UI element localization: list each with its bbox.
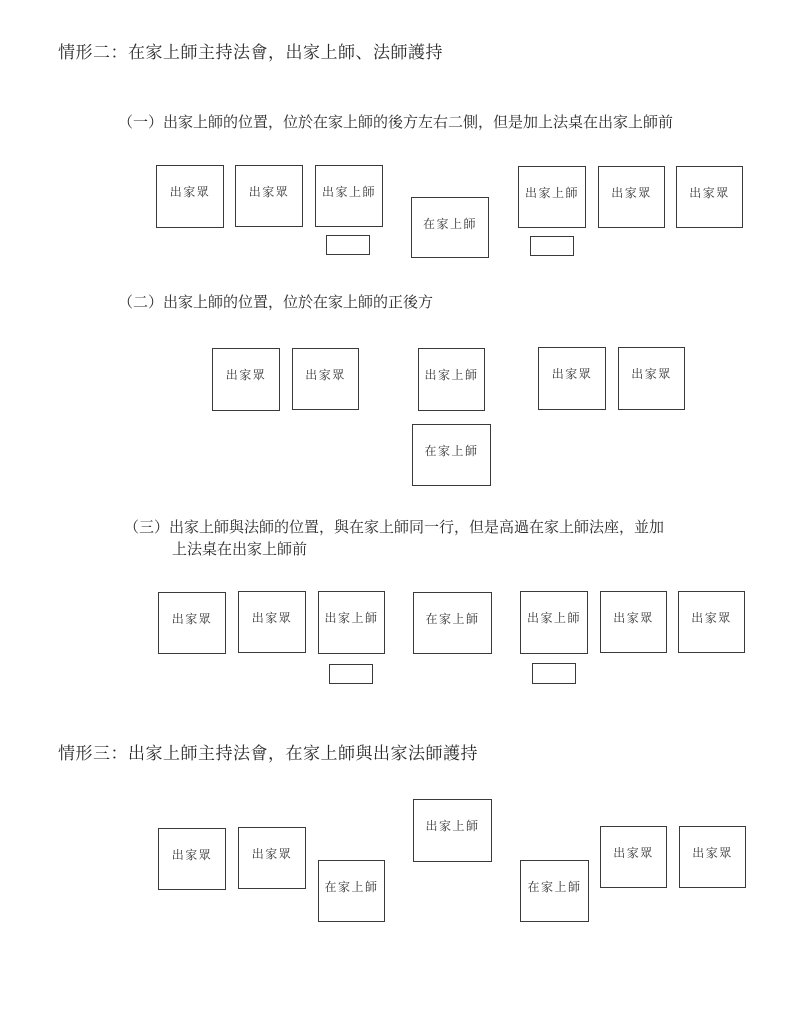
seat-box-monastic-assembly: 出家眾 (678, 591, 745, 653)
seat-box-lay-master: 在家上師 (413, 592, 492, 654)
seat-label: 出家眾 (239, 609, 305, 626)
seat-label: 出家眾 (236, 183, 302, 200)
seat-box-monastic-assembly: 出家眾 (238, 827, 306, 889)
layout3-caption-line2: 上法桌在出家上師前 (172, 538, 307, 560)
seat-box-monastic-assembly: 出家眾 (679, 826, 746, 888)
seat-label: 出家眾 (293, 366, 358, 383)
seat-box-monastic-assembly: 出家眾 (158, 828, 226, 890)
seat-label: 出家眾 (539, 365, 605, 382)
layout3-caption-line1: （三）出家上師與法師的位置，與在家上師同一行，但是高過在家上師法座，並加 (124, 516, 664, 538)
seat-label: 出家上師 (316, 183, 382, 200)
seat-box-monastic-assembly: 出家眾 (292, 348, 359, 410)
seat-box-monastic-assembly: 出家眾 (156, 165, 224, 228)
seat-label: 出家眾 (677, 184, 742, 201)
seat-label: 出家眾 (159, 610, 225, 627)
seat-label: 出家上師 (414, 817, 491, 834)
seat-box-monastic-assembly: 出家眾 (600, 591, 667, 653)
seat-box-monastic-assembly: 出家眾 (238, 591, 306, 653)
seat-label: 出家眾 (680, 844, 745, 861)
seat-box-monastic-assembly: 出家眾 (538, 347, 606, 410)
seat-label: 在家上師 (414, 610, 491, 627)
seat-box-monastic-master: 出家上師 (518, 166, 586, 228)
seat-label: 出家眾 (601, 609, 666, 626)
seat-label: 在家上師 (412, 215, 488, 232)
seat-label: 出家眾 (599, 184, 664, 201)
seat-label: 出家眾 (679, 609, 744, 626)
seat-box-monastic-master: 出家上師 (318, 591, 385, 654)
dharma-table (532, 663, 576, 684)
seat-box-monastic-assembly: 出家眾 (600, 826, 667, 888)
dharma-table (530, 236, 574, 256)
seat-box-monastic-master: 出家上師 (315, 165, 383, 227)
seat-box-lay-master: 在家上師 (520, 860, 589, 922)
dharma-table (329, 664, 373, 684)
seat-label: 出家眾 (239, 845, 305, 862)
seat-label: 出家眾 (619, 365, 684, 382)
seat-label: 在家上師 (521, 878, 588, 895)
seat-label: 出家上師 (319, 609, 384, 626)
seat-label: 出家眾 (157, 183, 223, 200)
seat-box-monastic-master: 出家上師 (520, 591, 588, 654)
seat-label: 在家上師 (319, 878, 384, 895)
seat-box-lay-master: 在家上師 (411, 197, 489, 258)
seat-label: 在家上師 (413, 442, 490, 459)
seat-box-monastic-assembly: 出家眾 (212, 348, 280, 411)
seat-box-monastic-assembly: 出家眾 (235, 165, 303, 227)
seat-box-monastic-assembly: 出家眾 (618, 347, 685, 410)
seat-box-monastic-master: 出家上師 (413, 799, 492, 862)
case2-heading: 情形二：在家上師主持法會，出家上師、法師護持 (58, 38, 443, 63)
seat-box-monastic-assembly: 出家眾 (158, 592, 226, 654)
dharma-table (326, 235, 370, 255)
seat-box-lay-master: 在家上師 (412, 424, 491, 486)
seat-label: 出家眾 (601, 844, 666, 861)
seat-box-monastic-master: 出家上師 (418, 348, 485, 411)
seat-label: 出家上師 (519, 184, 585, 201)
seat-label: 出家眾 (213, 366, 279, 383)
seat-label: 出家上師 (419, 366, 484, 383)
case3-heading: 情形三：出家上師主持法會，在家上師與出家法師護持 (58, 739, 478, 764)
seat-box-monastic-assembly: 出家眾 (676, 166, 743, 228)
seat-box-monastic-assembly: 出家眾 (598, 166, 665, 228)
layout2-caption: （二）出家上師的位置，位於在家上師的正後方 (118, 291, 433, 313)
seat-box-lay-master: 在家上師 (318, 860, 385, 922)
layout1-caption: （一）出家上師的位置，位於在家上師的後方左右二側，但是加上法桌在出家上師前 (118, 111, 673, 133)
seat-label: 出家上師 (521, 609, 587, 626)
seat-label: 出家眾 (159, 846, 225, 863)
